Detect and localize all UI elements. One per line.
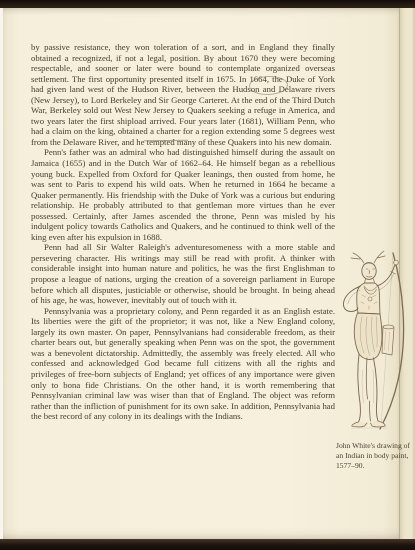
paragraph-pennsylvania-colony: Pennsylvania was a proprietary colony, a… (31, 306, 335, 422)
figure-caption: John White's drawing of an Indian in bod… (336, 441, 415, 470)
book-page-scan: by passive resistance, they won tolerati… (0, 0, 415, 550)
binding-edge-top (0, 0, 415, 8)
paragraph-penns-father: Penn's father was an admiral who had dis… (31, 147, 335, 242)
page-text-column: by passive resistance, they won tolerati… (31, 42, 335, 422)
indian-engraving-illustration (333, 250, 413, 434)
paragraph-penn-character: Penn had all Sir Walter Raleigh's advent… (31, 242, 335, 305)
paragraph-quakers-new-jersey: by passive resistance, they won tolerati… (31, 42, 335, 147)
binding-edge-bottom (0, 539, 415, 550)
indian-engraving-svg (333, 250, 413, 434)
